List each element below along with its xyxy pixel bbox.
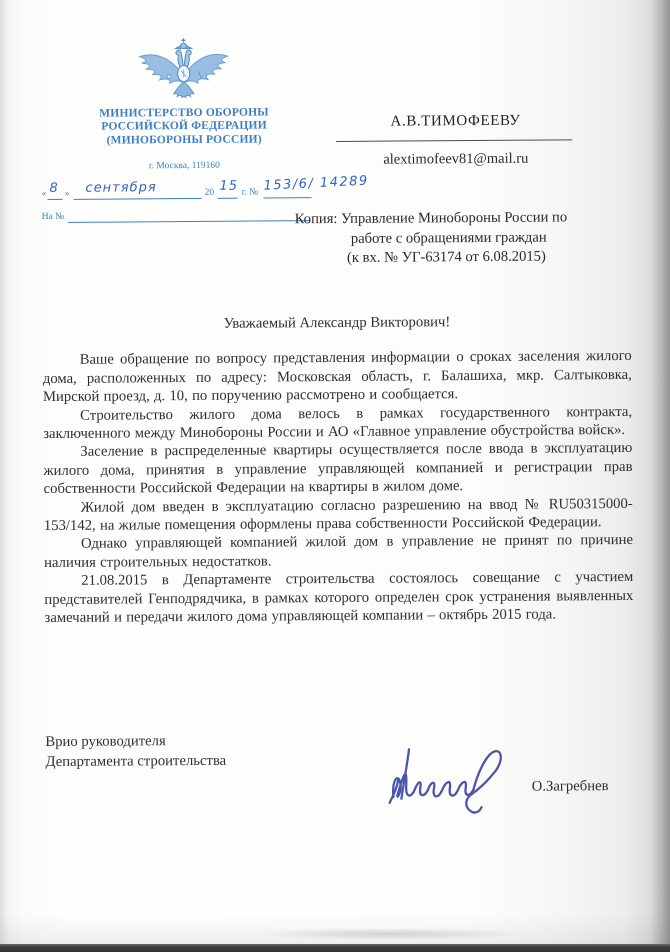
copy-line-1: Копия: Управление Минобороны России по [295, 208, 643, 230]
body-paragraph: Строительство жилого дома велось в рамка… [43, 403, 632, 444]
body-paragraph: 21.08.2015 в Департаменте строительства … [44, 568, 633, 627]
addressee-email: alextimofeev81@mail.ru [338, 150, 573, 169]
addressee-underline [336, 139, 572, 142]
scan-bottom-edge [0, 944, 670, 952]
scan-smudge [250, 928, 530, 940]
quote-close: » [65, 189, 70, 199]
copy-line-3: (к вх. № УГ-63174 от 6.08.2015) [295, 247, 643, 269]
ref-blank-line [68, 210, 310, 223]
handwritten-signature-icon [384, 735, 525, 820]
signoff-line-1: Врио руководителя [45, 732, 226, 753]
signoff-line-2: Департамента строительства [45, 752, 226, 773]
letter-body: Уважаемый Александр Викторович! Ваше обр… [42, 312, 633, 628]
quote-open: « [42, 189, 47, 199]
signer-name: О.Загребнев [532, 778, 609, 796]
copy-recipient-block: Копия: Управление Минобороны России по р… [295, 208, 643, 269]
page-content: МИНИСТЕРСТВО ОБОРОНЫ РОССИЙСКОЙ ФЕДЕРАЦИ… [0, 0, 670, 952]
year-prefix: 20 [205, 188, 215, 198]
scanned-letter-page: МИНИСТЕРСТВО ОБОРОНЫ РОССИЙСКОЙ ФЕДЕРАЦИ… [0, 0, 670, 952]
mod-eagle-emblem-icon [135, 35, 231, 104]
handwritten-year: 15 [219, 179, 238, 194]
city-postcode-line: г. Москва, 119160 [41, 160, 327, 172]
body-paragraph: Однако управляющей компанией жилой дом в… [44, 531, 633, 572]
body-paragraph: Заселение в распределенные квартиры осущ… [43, 439, 632, 498]
ministry-name: МИНИСТЕРСТВО ОБОРОНЫ РОССИЙСКОЙ ФЕДЕРАЦИ… [41, 106, 327, 148]
signoff-title: Врио руководителя Департамента строитель… [45, 732, 226, 773]
handwritten-month: сентября [85, 180, 156, 195]
date-number-line: « » 20 г. № 8 сентября 15 153/6/ 14289 [42, 187, 347, 203]
ref-label: На № [42, 212, 65, 222]
ministry-line-3: (МИНОБОРОНЫ РОССИИ) [41, 133, 327, 148]
number-label: г. № [242, 188, 259, 198]
salutation: Уважаемый Александр Викторович! [42, 312, 631, 335]
copy-line-2: работе с обращениями граждан [295, 227, 643, 249]
body-paragraph: Ваше обращение по вопросу представления … [43, 347, 632, 406]
paragraph-list: Ваше обращение по вопросу представления … [43, 347, 634, 627]
handwritten-day: 8 [49, 181, 58, 196]
body-paragraph: Жилой дом введен в эксплуатацию согласно… [44, 495, 633, 536]
handwritten-doc-number: 153/6/ 14289 [263, 173, 369, 193]
addressee-name: А.В.ТИМОФЕЕВУ [338, 112, 573, 131]
